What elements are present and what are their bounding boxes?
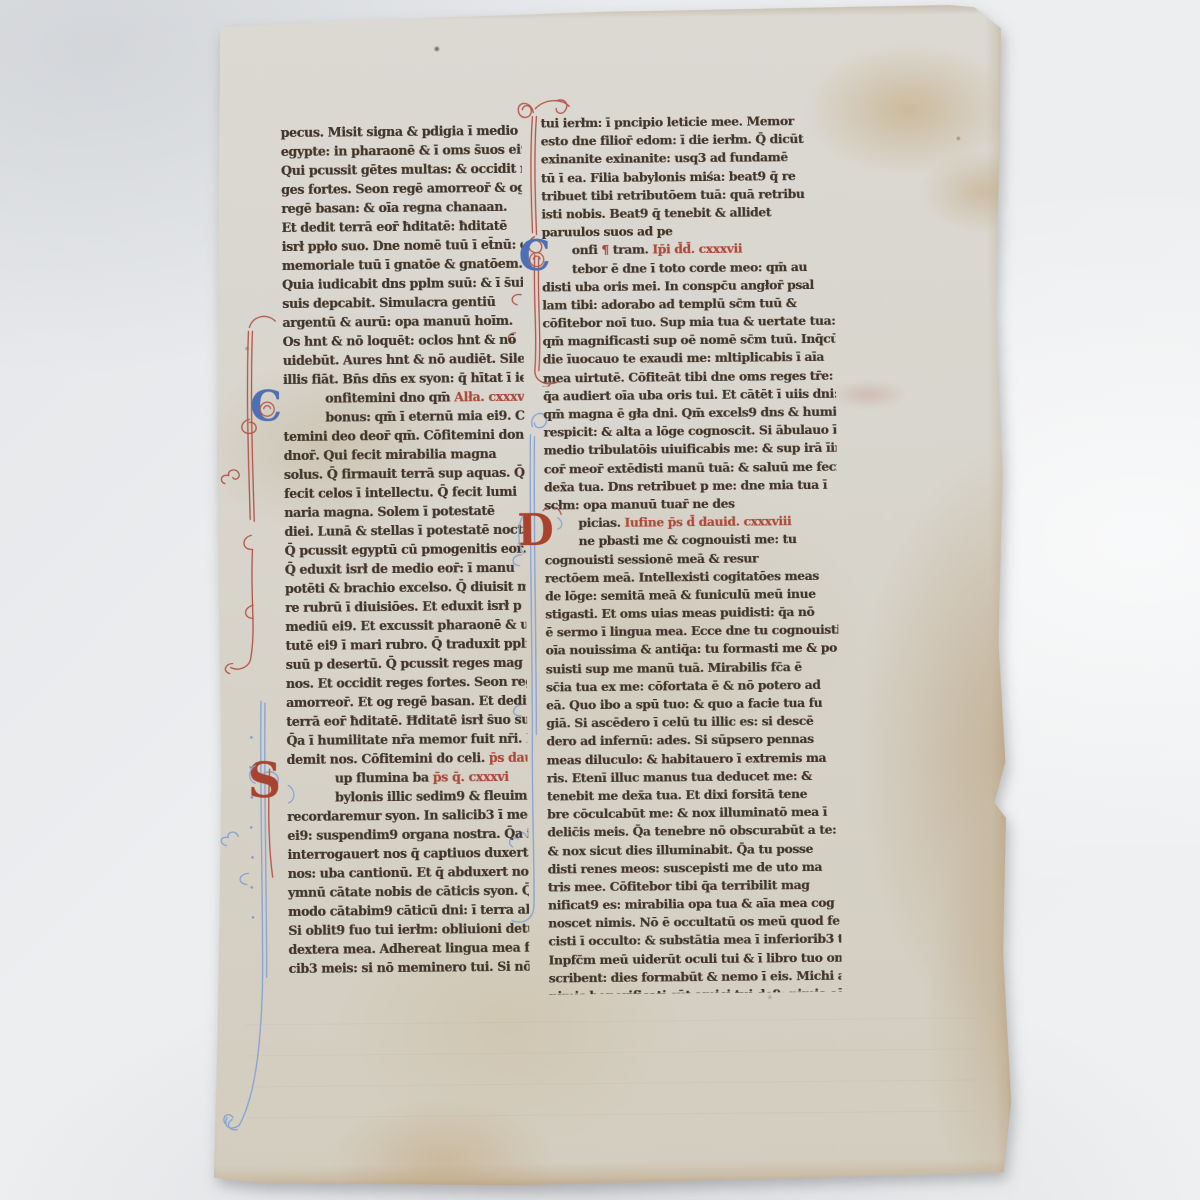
text-column-left: pecus. Misit signa & pdigia ī medio tuie… bbox=[280, 121, 529, 983]
text-line: suū p desertū. Q̄ pcussit reges mag bbox=[286, 653, 527, 674]
text-line: regē basan: & oīa regna chanaan. bbox=[281, 197, 522, 218]
body-text: q̄a audiert oīa uba oris tui. Et cātēt ī… bbox=[543, 386, 836, 404]
text-line: illis fiāt. Bn̄s dn̄s ex syon: q̄ hītat … bbox=[283, 368, 524, 389]
body-text: tribuet tibi retributōem tuā: quā retrib… bbox=[541, 186, 804, 204]
body-text: naria magna. Solem ī potestatē bbox=[284, 503, 494, 520]
body-text: tū ī ea. Filia babylonis miśa: beat9 q̄ … bbox=[541, 168, 795, 185]
body-text: scłm: opa manuū tuar̄ ne des bbox=[544, 496, 735, 513]
rubric-text: Alła. cxxxv bbox=[454, 389, 524, 405]
initial-penwork-curl-icon bbox=[517, 511, 563, 557]
body-text: eā. Quo ibo a spū tuo: & quo a facie tua… bbox=[546, 695, 822, 713]
body-text: disti uba oris mei. In conspc̄u angłor̄ … bbox=[542, 277, 814, 295]
body-text: suisti sup me manū tuā. Mirabilis fc̄a ē bbox=[546, 659, 802, 676]
text-line: nos. Et occidit reges fortes. Seon regē bbox=[286, 672, 527, 693]
body-text: stigasti. Et oms uias meas puidisti: q̄a… bbox=[545, 604, 814, 622]
manuscript-leaf: pecus. Misit signa & pdigia ī medio tuie… bbox=[186, 2, 1017, 1192]
body-text: cognouisti sessionē meā & resur bbox=[545, 550, 759, 567]
body-text: illis fiāt. Bn̄s dn̄s ex syon: q̄ hītat … bbox=[283, 369, 524, 387]
body-text: rectōem meā. Intellexisti cogitatōes mea… bbox=[545, 568, 819, 586]
text-line: bonus: qm̄ ī eternū mia ei9. Cōfi bbox=[283, 406, 524, 427]
illuminated-initial-s-super-flumina: S bbox=[248, 759, 296, 809]
left-margin-penwork-red-icon bbox=[217, 307, 293, 684]
body-text: tutē ei9 ī mari rubro. Q̄ traduxit pplm bbox=[285, 636, 526, 653]
illuminated-initial-c-confitemini: C bbox=[250, 389, 292, 431]
body-text: Os hnt & nō loquēt: oclos hnt & nō bbox=[282, 332, 515, 349]
body-text: lam tibi: adorabo ad templū sc̄m tuū & bbox=[542, 295, 796, 312]
body-text: isrł ppło suo. Dne nomē tuū ī et̄nū: dne bbox=[282, 237, 523, 255]
text-line: pecus. Misit signa & pdigia ī medio tui bbox=[280, 121, 521, 142]
text-line: isrł ppło suo. Dne nomē tuū ī et̄nū: dne bbox=[282, 235, 523, 256]
text-line: tribuet tibi retributōem tuā: quā retrib… bbox=[541, 185, 834, 206]
rubric-text: p̄s q̄. cxxxvi bbox=[433, 769, 509, 785]
text-line: oīa nouissima & antiq̄a: tu formasti me … bbox=[545, 639, 838, 660]
body-text: paruulos suos ad pe bbox=[541, 223, 672, 239]
body-text: diei. Lunā & stellas ī potestatē noctis. bbox=[284, 522, 525, 539]
text-line: die īuocauo te exaudi me: mltiplicabis ī… bbox=[543, 348, 836, 369]
body-text: demit nos. Cōfitemini do celi. bbox=[286, 750, 488, 767]
body-text: Et dedit terrā eor̄ ħditatē: ħditatē bbox=[281, 218, 507, 235]
body-text: meas diluculo: & habitauero ī extremis m… bbox=[546, 749, 826, 767]
text-line: naria magna. Solem ī potestatē bbox=[284, 501, 525, 522]
illuminated-initial-d-domine-probasti: D bbox=[517, 511, 563, 557]
body-text: nificat9 es: mirabilia opa tua & aīa mea… bbox=[548, 895, 834, 913]
text-line: suis depcabit. Simulacra gentiū bbox=[282, 292, 523, 313]
body-text: Qui pcussit gētes multas: & occidit re bbox=[281, 161, 522, 178]
body-text: qm̄ magnificasti sup oē nomē sc̄m tuū. I… bbox=[542, 331, 835, 349]
body-text: exinanite exinanite: usq3 ad fundamē bbox=[541, 150, 788, 167]
body-text: tris mee. Cōfitebor tibi q̄a terribilit … bbox=[548, 877, 810, 895]
body-text: medio tribulatōis uiuificabis me: & sup … bbox=[544, 440, 837, 458]
body-text: ei9: suspendim9 organa nostra. Q̄a illic bbox=[287, 825, 528, 843]
body-text: bre cōculcabūt me: & nox illuminatō mea … bbox=[547, 804, 827, 822]
text-line: re rubrū ī diuisiōes. Et eduxit isrł p bbox=[285, 596, 526, 617]
text-line: modo cātabim9 cāticū dni: ī terra aliena… bbox=[288, 900, 529, 921]
text-line: dex̄a tua. Dns retribuet p me: dne mia t… bbox=[544, 475, 837, 496]
body-text: suis depcabit. Simulacra gentiū bbox=[282, 294, 495, 311]
text-line: amorreor̄. Et og regē basan. Et dedit bbox=[286, 691, 527, 712]
photo-backdrop: pecus. Misit signa & pdigia ī medio tuie… bbox=[0, 0, 1200, 1200]
body-text: & nox sicut dies illuminabit. Q̄a tu pos… bbox=[547, 840, 813, 858]
body-text: uidebūt. Aures hnt & nō audiēt. Siles bbox=[283, 351, 524, 368]
text-line: memoriale tuū ī gnatōe & gnatōem. bbox=[282, 254, 523, 275]
illuminated-initial-c-confitebor: C bbox=[519, 238, 563, 282]
text-line: onfitemini dno qm̄ Alła. cxxxv bbox=[283, 387, 524, 408]
text-line: Et dedit terrā eor̄ ħditatē: ħditatē bbox=[281, 216, 522, 237]
body-text: cisti ī occulto: & substātia mea ī infer… bbox=[548, 931, 841, 949]
body-text: cor̄ meor̄ extēdisti manū tuā: & saluū m… bbox=[544, 458, 837, 476]
body-text: cōfitebor noī tuo. Sup mia tua & uertate… bbox=[542, 313, 835, 331]
text-line: dero ad infernū: ades. Si sūpsero pennas bbox=[546, 730, 839, 751]
text-line: dnor̄. Qui fecit mirabilia magna bbox=[284, 444, 525, 465]
text-line: Quia iudicabit dns pplm suū: & ī s̄uis bbox=[282, 273, 523, 294]
body-text: fecit celos ī intellectu. Q̄ fecit lumi bbox=[284, 484, 517, 501]
initial-penwork-spiral-icon bbox=[519, 238, 563, 282]
text-line: terrā eor̄ ħditatē. Ħditatē isrł s̄uo su… bbox=[286, 710, 527, 731]
body-text: pecus. Misit signa & pdigia ī medio tui bbox=[280, 123, 521, 140]
body-text: giā. Si ascēdero ī celū tu illic es: si … bbox=[546, 713, 813, 731]
text-line: potēti & brachio excelso. Q̄ diuisit ma bbox=[285, 577, 526, 598]
body-text: temini deo deor̄ qm̄. Cōfitemini dono bbox=[283, 427, 524, 444]
body-text: nos. Et occidit reges fortes. Seon regē bbox=[286, 674, 527, 691]
body-text: mea uirtutē. Cōfiteāt tibi dne oms reges… bbox=[543, 367, 833, 385]
body-text: de lōge: semitā meā & funiculū meū inue bbox=[545, 586, 816, 604]
text-line: diei. Lunā & stellas ī potestatē noctis. bbox=[284, 520, 525, 541]
text-line: argentū & aurū: opa manuū hoīm. bbox=[282, 311, 523, 332]
text-line: interrogauert nos q̄ captiuos duxert bbox=[287, 843, 528, 864]
body-text: amorreor̄. Et og regē basan. Et dedit bbox=[286, 693, 527, 710]
initial-penwork-spiral-icon bbox=[250, 389, 292, 431]
text-line: fecit celos ī intellectu. Q̄ fecit lumi bbox=[284, 482, 525, 503]
text-line: medio tribulatōis uiuificabis me: & sup … bbox=[544, 439, 837, 460]
body-text: modo cātabim9 cāticū dni: ī terra aliena… bbox=[288, 901, 529, 919]
body-text: dex̄a tua. Dns retribuet p me: dne mia t… bbox=[544, 477, 827, 495]
text-line: esto dne filior̄ edom: ī die ierłm. Q̄ d… bbox=[541, 130, 834, 151]
body-text: dnor̄. Qui fecit mirabilia magna bbox=[284, 446, 497, 463]
text-line: Qui pcussit gētes multas: & occidit re bbox=[281, 159, 522, 180]
body-text: tui ierłm: ī pncipio leticie mee. Memor bbox=[540, 113, 793, 130]
body-text: terrā eor̄ ħditatē. Ħditatē isrł s̄uo su… bbox=[286, 712, 527, 729]
text-line: recordaremur syon. In salicib3 ī medio bbox=[287, 805, 528, 826]
body-text: Q̄ eduxit isrł de medio eor̄: ī manu bbox=[285, 560, 515, 577]
text-line: demit nos. Cōfitemini do celi. p̄s dauid bbox=[286, 748, 527, 769]
text-line: Q̄a ī humilitate nr̄a memor fuit nr̄i. E… bbox=[286, 729, 527, 750]
body-text: Q̄a ī humilitate nr̄a memor fuit nr̄i. E… bbox=[286, 730, 527, 748]
rubric-text: p̄s dauid bbox=[489, 750, 528, 766]
body-text: ges fortes. Seon regē amorreor̄ & og bbox=[281, 180, 522, 197]
text-line: delic̄is meis. Q̄a tenebre nō obscurabūt… bbox=[547, 821, 840, 842]
body-text: ymnū cātate nobis de cāticis syon. Q̄uo bbox=[288, 883, 529, 901]
text-line: temini deo deor̄ qm̄. Cōfitemini dono bbox=[283, 425, 524, 446]
text-line: egypte: in pharaonē & ī oms s̄uos ei9. bbox=[281, 140, 522, 161]
body-text: qm̄ magna ē gła dni. Qm̄ excels9 dns & h… bbox=[543, 404, 836, 422]
body-text: picias. bbox=[578, 515, 624, 530]
body-text: bylonis illic sedim9 & fleuim9: dū bbox=[335, 787, 528, 804]
text-line: ne pbasti me & cognouisti me: tu bbox=[544, 530, 837, 551]
ink-offset-ghost-stain bbox=[826, 379, 910, 410]
body-text: Quia iudicabit dns pplm suū: & ī s̄uis bbox=[282, 275, 523, 292]
body-text: onfi bbox=[572, 242, 602, 257]
rubric-text: Iufine p̄s d̄ dauid. cxxxviii bbox=[624, 513, 791, 530]
body-text: Q̄ pcussit egyptū cū pmogenitis eor̄. bbox=[284, 541, 525, 558]
body-text: ne pbasti me & cognouisti me: tu bbox=[578, 531, 796, 548]
body-text: cib3 meis: si nō meminero tui. Si nō ppo… bbox=[288, 958, 529, 976]
text-line: dextera mea. Adhereat lingua mea fau bbox=[288, 938, 529, 959]
initial-penwork-curl-icon bbox=[248, 759, 296, 809]
text-line: uidebūt. Aures hnt & nō audiēt. Siles bbox=[283, 349, 524, 370]
body-text: ē sermo ī lingua mea. Ecce dne tu cognou… bbox=[545, 622, 838, 640]
body-text: potēti & brachio excelso. Q̄ diuisit ma bbox=[285, 579, 526, 596]
text-line: cib3 meis: si nō meminero tui. Si nō ppo… bbox=[288, 957, 529, 978]
body-text: dextera mea. Adhereat lingua mea fau bbox=[288, 940, 529, 957]
text-line: up flumina ba p̄s q̄. cxxxvi bbox=[287, 767, 528, 788]
body-text: ris. Etenī illuc manus tua deducet me: & bbox=[547, 768, 812, 786]
text-line: Si oblit9 fuo tui ierłm: obliuioni detur bbox=[288, 919, 529, 940]
body-text: isti nobis. Beat9 q̄ tenebit & allidet bbox=[541, 204, 771, 221]
body-text: suū p desertū. Q̄ pcussit reges mag bbox=[286, 655, 523, 672]
text-line: ei9: suspendim9 organa nostra. Q̄a illic bbox=[287, 824, 528, 845]
body-text: bonus: qm̄ ī eternū mia ei9. Cōfi bbox=[325, 408, 524, 425]
text-line: solus. Q̄ firmauit terrā sup aquas. Q̄ bbox=[284, 463, 525, 484]
body-text: recordaremur syon. In salicib3 ī medio bbox=[287, 807, 528, 825]
body-text: sc̄ia tua ex me: cōfortata ē & nō potero… bbox=[546, 677, 821, 695]
body-text: esto dne filior̄ edom: ī die ierłm. Q̄ d… bbox=[541, 131, 804, 149]
body-text: memoriale tuū ī gnatōe & gnatōem. bbox=[282, 256, 523, 273]
body-text: nos: uba cantionū. Et q̄ abduxert nos: bbox=[288, 864, 529, 881]
body-text: tenebit me dex̄a tua. Et dixi forsitā te… bbox=[547, 786, 807, 803]
rubric-text: Ip̄i d̄d̄. cxxxvii bbox=[652, 241, 742, 257]
text-line: tebor ē dne ī toto corde meo: qm̄ au bbox=[542, 257, 835, 278]
body-text: onfitemini dno qm̄ bbox=[325, 389, 454, 405]
body-text: dero ad infernū: ades. Si sūpsero pennas bbox=[546, 731, 813, 749]
text-line: Q̄ eduxit isrł de medio eor̄: ī manu bbox=[285, 558, 526, 579]
body-text: Si oblit9 fuo tui ierłm: obliuioni detur bbox=[288, 921, 529, 938]
body-text: tram. bbox=[613, 242, 653, 257]
body-text: regē basan: & oīa regna chanaan. bbox=[281, 199, 507, 216]
text-line: & nox sicut dies illuminabit. Q̄a tu pos… bbox=[547, 839, 840, 860]
body-text: tebor ē dne ī toto corde meo: qm̄ au bbox=[572, 259, 807, 276]
text-line: tutē ei9 ī mari rubro. Q̄ traduxit pplm bbox=[285, 634, 526, 655]
text-line: ges fortes. Seon regē amorreor̄ & og bbox=[281, 178, 522, 199]
body-text: scribent: dies formabūt & nemo ī eis. Mi… bbox=[549, 967, 842, 985]
body-text: interrogauert nos q̄ captiuos duxert bbox=[287, 845, 528, 862]
body-text: delic̄is meis. Q̄a tenebre nō obscurabūt… bbox=[547, 822, 836, 840]
text-line: ymnū cātate nobis de cāticis syon. Q̄uo bbox=[288, 881, 529, 902]
body-text: die īuocauo te exaudi me: mltiplicabis ī… bbox=[543, 349, 824, 367]
text-line: bylonis illic sedim9 & fleuim9: dū bbox=[287, 786, 528, 807]
body-text: respicit: & alta a lōge cognoscit. Si āb… bbox=[543, 422, 836, 440]
rubric-text: ¶ bbox=[601, 242, 613, 257]
body-text: argentū & aurū: opa manuū hoīm. bbox=[282, 313, 512, 330]
text-line: nos: uba cantionū. Et q̄ abduxert nos: bbox=[288, 862, 529, 883]
body-text: noscet nimis. Nō ē occultatū os meū quod… bbox=[548, 913, 840, 931]
text-line: Q̄ pcussit egyptū cū pmogenitis eor̄. bbox=[284, 539, 525, 560]
body-text: disti renes meos: suscepisti me de uto m… bbox=[548, 859, 822, 877]
body-text: egypte: in pharaonē & ī oms s̄uos ei9. bbox=[281, 142, 522, 159]
body-text: solus. Q̄ firmauit terrā sup aquas. Q̄ bbox=[284, 465, 525, 482]
body-text: Inpfc̄m meū uiderūt oculi tui & ī libro … bbox=[548, 949, 841, 967]
text-line: cisti ī occulto: & substātia mea ī infer… bbox=[548, 930, 841, 951]
text-line: mediū ei9. Et excussit pharaonē & uir bbox=[285, 615, 526, 636]
body-text: up flumina ba bbox=[335, 770, 433, 786]
text-line: Os hnt & nō loquēt: oclos hnt & nō bbox=[282, 330, 523, 351]
body-text: re rubrū ī diuisiōes. Et eduxit isrł p bbox=[285, 598, 521, 615]
body-text: oīa nouissima & antiq̄a: tu formasti me … bbox=[545, 640, 836, 658]
text-column-right: tui ierłm: ī pncipio leticie mee. Memore… bbox=[540, 112, 841, 995]
body-text: mediū ei9. Et excussit pharaonē & uir bbox=[285, 617, 526, 634]
